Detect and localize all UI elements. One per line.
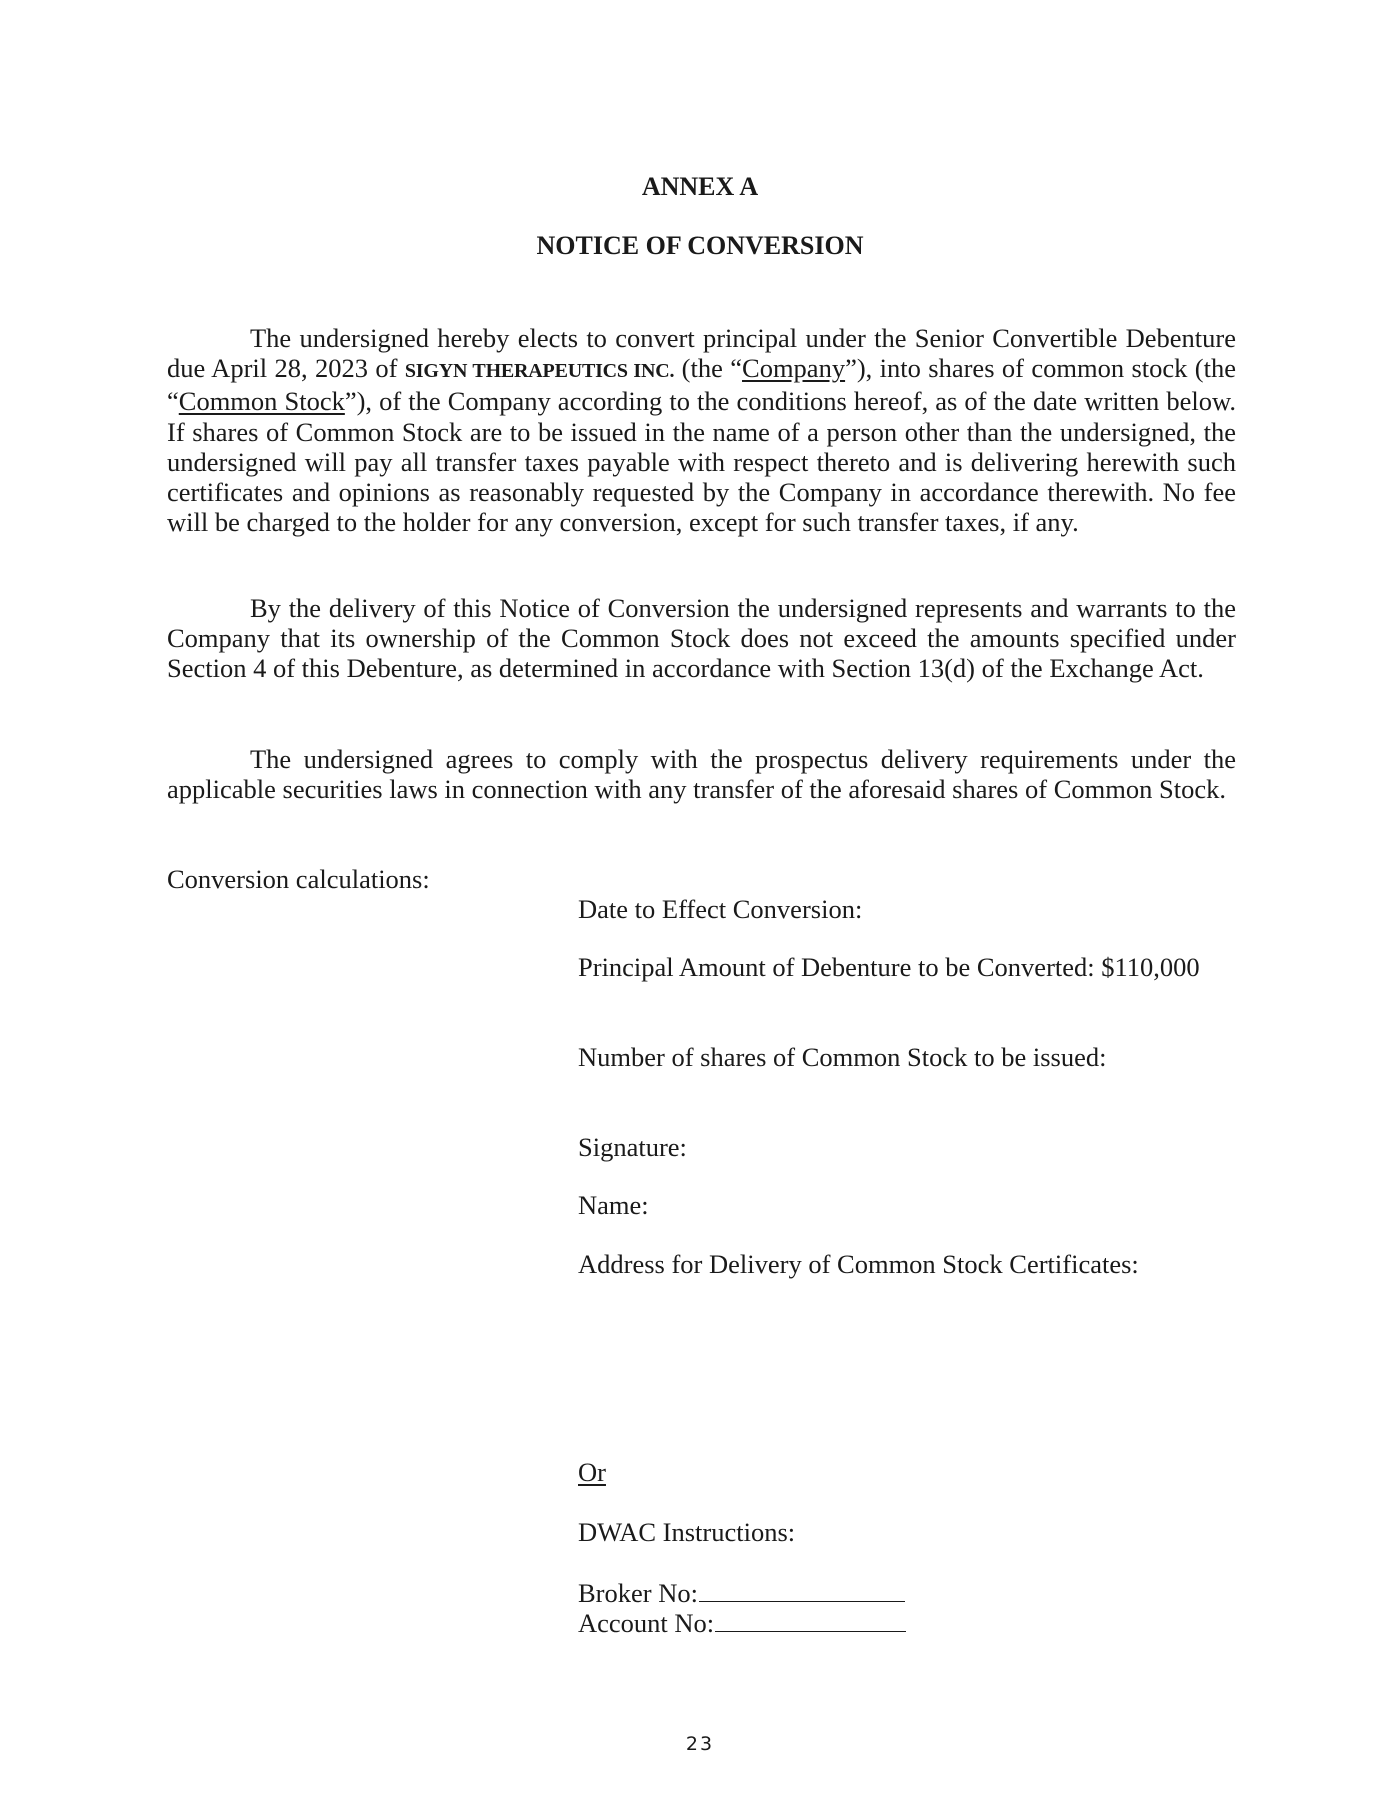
paragraph-representations: By the delivery of this Notice of Conver… xyxy=(167,593,1236,684)
delivery-address-field: Address for Delivery of Common Stock Cer… xyxy=(578,1249,1139,1279)
date-to-effect-conversion-field: Date to Effect Conversion: xyxy=(578,894,862,924)
defined-term-company: Company xyxy=(742,353,845,383)
account-number-row: Account No: xyxy=(578,1608,906,1638)
conversion-calculations-label: Conversion calculations: xyxy=(167,864,430,894)
document-title: NOTICE OF CONVERSION xyxy=(0,231,1400,261)
number-of-shares-field: Number of shares of Common Stock to be i… xyxy=(578,1042,1106,1072)
name-field: Name: xyxy=(578,1190,649,1220)
broker-number-label: Broker No: xyxy=(578,1578,698,1608)
dwac-instructions-label: DWAC Instructions: xyxy=(578,1517,795,1547)
broker-number-row: Broker No: xyxy=(578,1578,905,1608)
defined-term-common-stock: Common Stock xyxy=(179,386,345,416)
signature-field: Signature: xyxy=(578,1132,687,1162)
or-label: Or xyxy=(578,1457,606,1487)
account-number-label: Account No: xyxy=(578,1608,714,1638)
paragraph-text: (the “ xyxy=(674,353,742,383)
account-number-blank[interactable] xyxy=(715,1609,906,1632)
annex-heading: ANNEX A xyxy=(0,172,1400,202)
company-name: SIGYN THERAPEUTICS INC. xyxy=(405,360,674,382)
broker-number-blank[interactable] xyxy=(699,1579,905,1602)
or-text: Or xyxy=(578,1457,606,1487)
paragraph-conversion-election: The undersigned hereby elects to convert… xyxy=(167,323,1236,537)
paragraph-prospectus-delivery: The undersigned agrees to comply with th… xyxy=(167,744,1236,804)
principal-amount-field: Principal Amount of Debenture to be Conv… xyxy=(578,952,1200,982)
page-number: 23 xyxy=(0,1733,1400,1755)
